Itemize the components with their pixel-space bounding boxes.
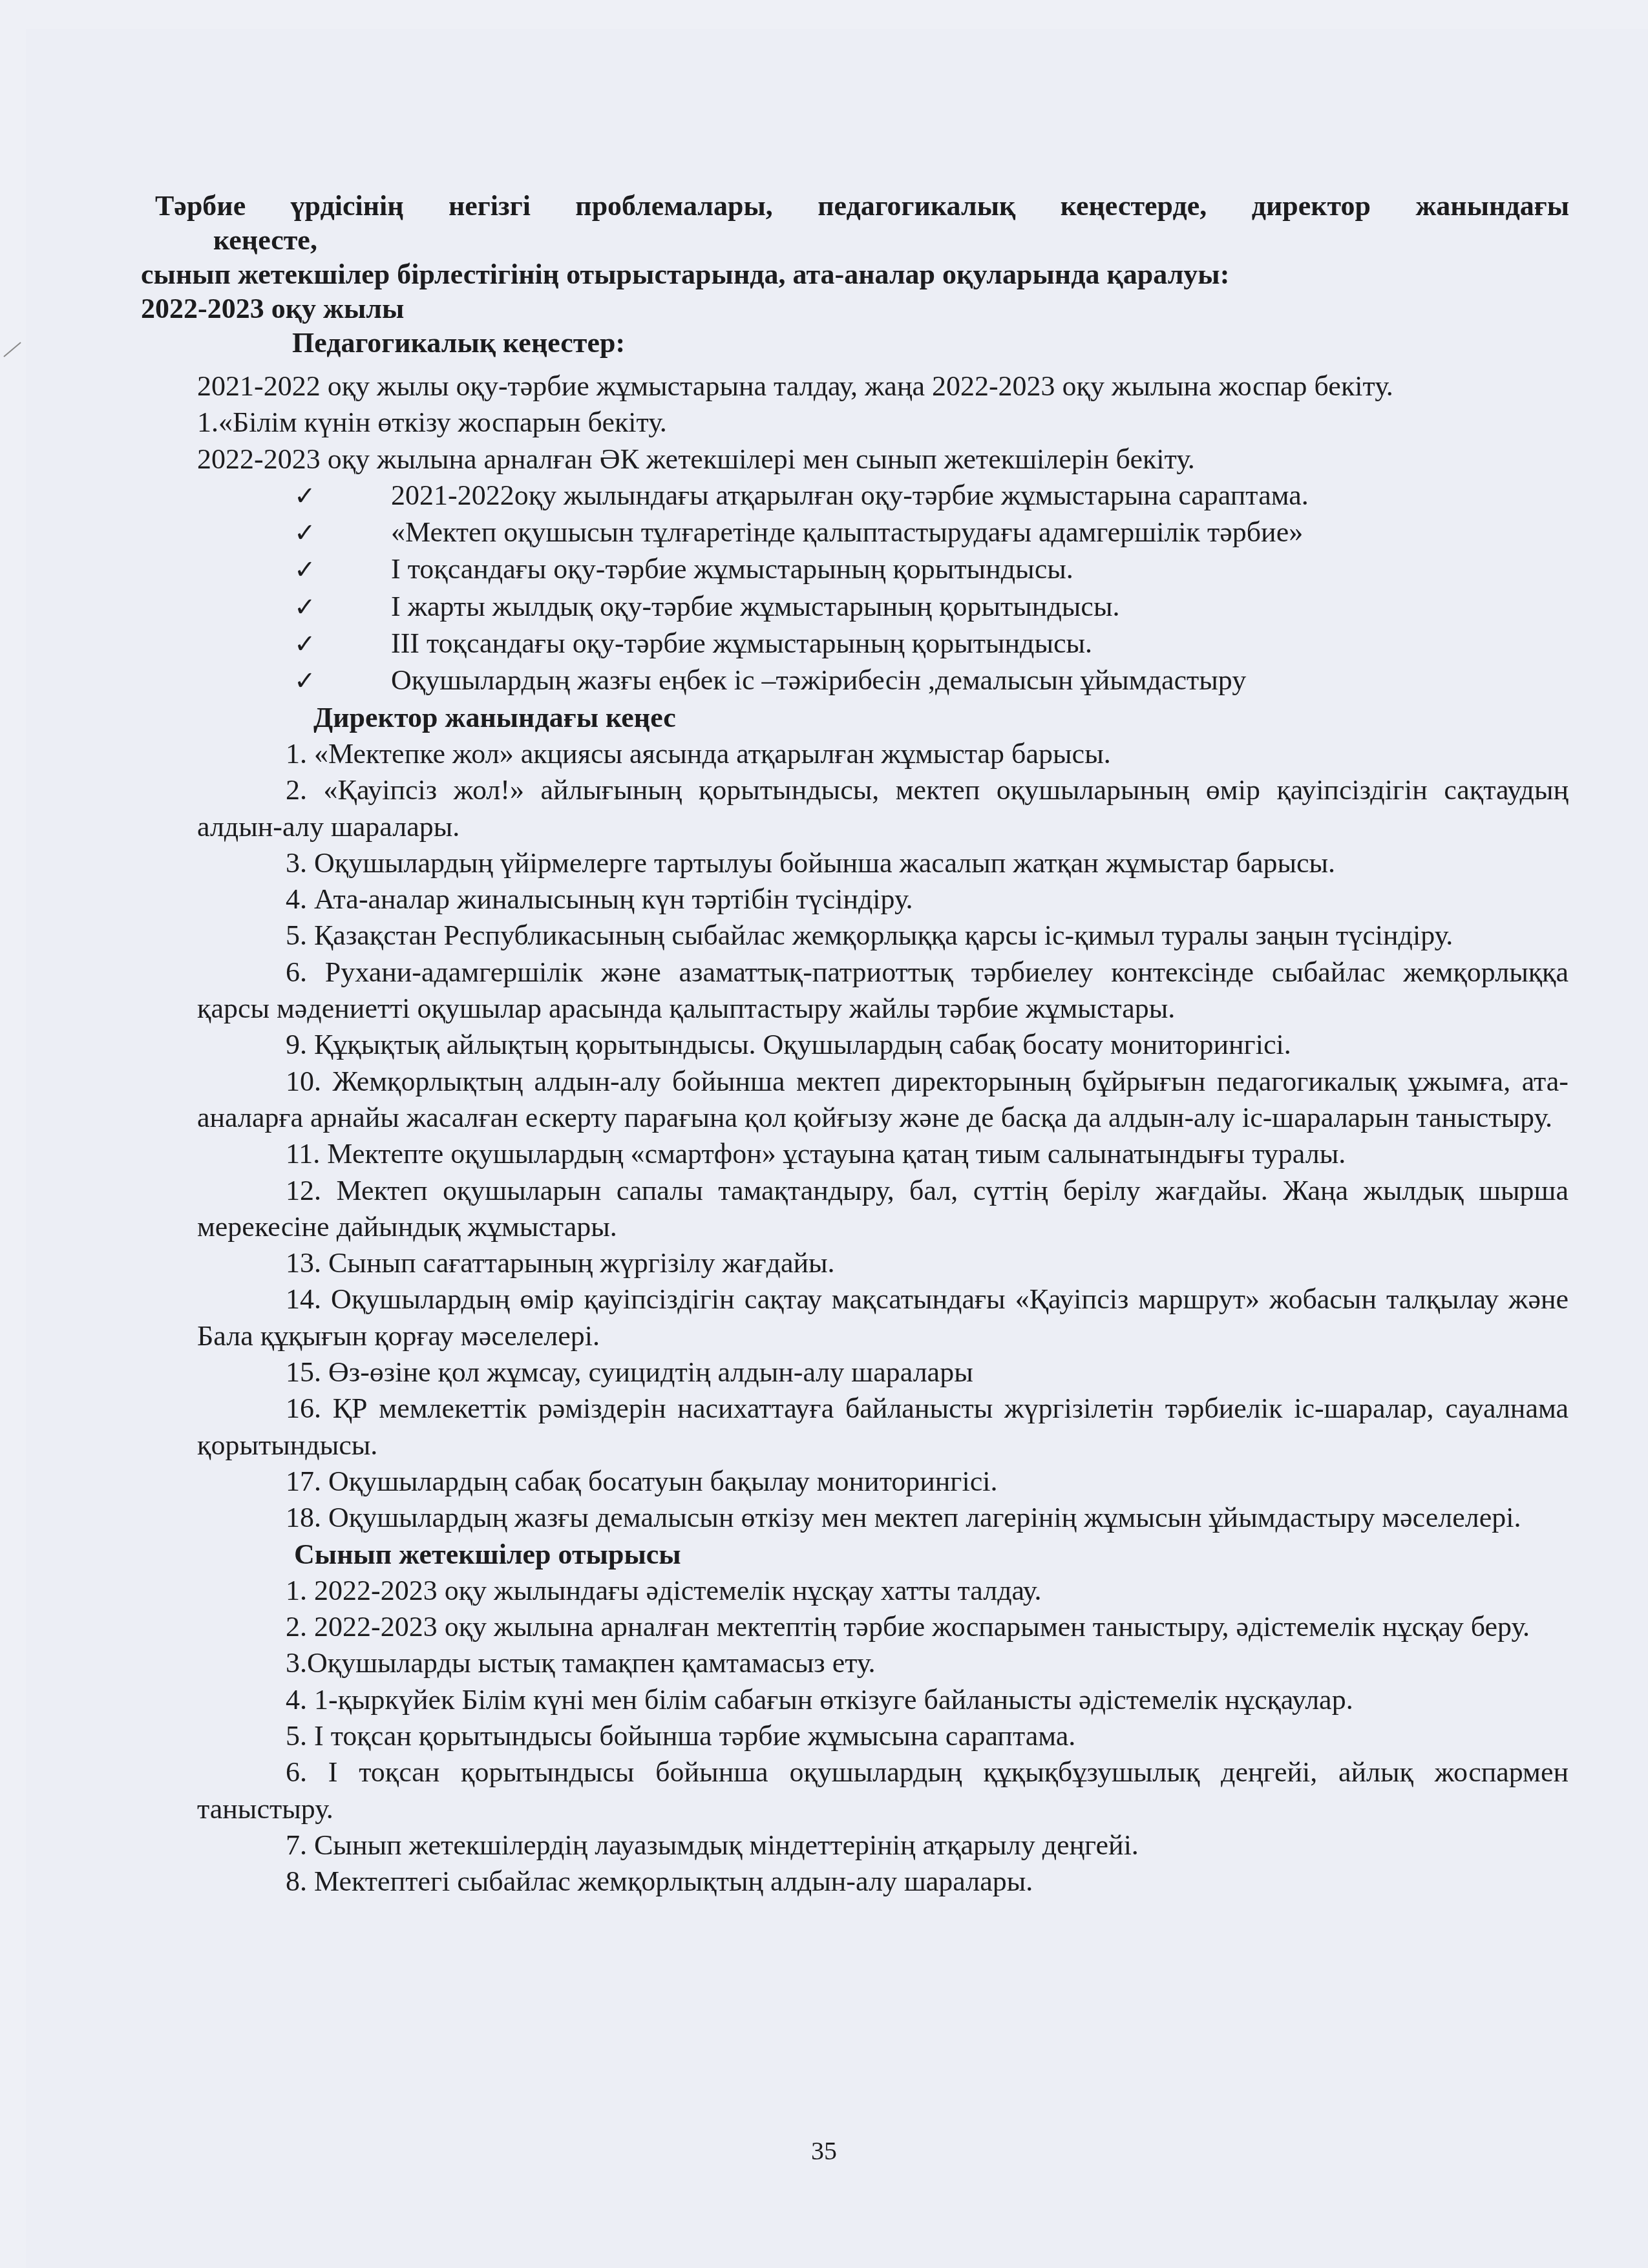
list-item: 1. 2022-2023 оқу жылындағы әдістемелік н… (197, 1573, 1569, 1609)
list-item: 5. І тоқсан қорытындысы бойынша тәрбие ж… (197, 1718, 1569, 1754)
page-number: 35 (0, 2136, 1648, 2166)
list-item: 10. Жемқорлықтың алдын-алу бойынша мекте… (197, 1064, 1569, 1137)
checklist-item-text: «Мектеп оқушысын тұлғаретінде қалыптасты… (391, 514, 1303, 551)
title-line-2: сынып жетекшілер бірлестігінің отырыстар… (141, 257, 1569, 291)
list-item: 3. Оқушылардың үйірмелерге тартылуы бойы… (197, 845, 1569, 881)
section-heading-pedagogical-councils: Педагогикалық кеңестер: (141, 326, 1569, 360)
checkmark-icon: ✓ (294, 478, 391, 514)
paragraph: 2022-2023 оқу жылына арналған ӘК жетекші… (197, 441, 1569, 478)
checklist-item: ✓ Оқушылардың жазғы еңбек іс –тәжірибесі… (197, 662, 1569, 699)
list-item: 4. 1-қыркүйек Білім күні мен білім сабағ… (197, 1682, 1569, 1718)
list-item: 11. Мектепте оқушылардың «смартфон» ұста… (197, 1136, 1569, 1172)
checklist-item: ✓ «Мектеп оқушысын тұлғаретінде қалыптас… (197, 514, 1569, 551)
checklist: ✓ 2021-2022оқу жылындағы атқарылған оқу-… (197, 478, 1569, 700)
list-item: 12. Мектеп оқушыларын сапалы тамақтандыр… (197, 1173, 1569, 1246)
document-body: 2021-2022 оқу жылы оқу-тәрбие жұмыстарын… (197, 368, 1569, 1900)
checklist-item-text: І жарты жылдық оқу-тәрбие жұмыстарының қ… (391, 589, 1119, 625)
list-item: 9. Құқықтық айлықтың қорытындысы. Оқушыл… (197, 1027, 1569, 1063)
list-item: 6. І тоқсан қорытындысы бойынша оқушылар… (197, 1754, 1569, 1827)
document-title: Тәрбие үрдісінің негізгі проблемалары, п… (141, 189, 1569, 360)
list-item: 16. ҚР мемлекеттік рәміздерін насихаттау… (197, 1391, 1569, 1464)
title-line-1: Тәрбие үрдісінің негізгі проблемалары, п… (141, 189, 1569, 223)
checklist-item: ✓ І жарты жылдық оқу-тәрбие жұмыстарының… (197, 589, 1569, 625)
title-line-1-continuation: кеңесте, (141, 223, 1569, 257)
list-item: 6. Рухани-адамгершілік және азаматтық-па… (197, 954, 1569, 1027)
list-item: 13. Сынып сағаттарының жүргізілу жағдайы… (197, 1245, 1569, 1281)
section-heading-director-council: Директор жанындағы кеңес (197, 700, 1569, 736)
checklist-item-text: 2021-2022оқу жылындағы атқарылған оқу-тә… (391, 478, 1309, 514)
checklist-item: ✓ 2021-2022оқу жылындағы атқарылған оқу-… (197, 478, 1569, 514)
list-item: 2. «Қауіпсіз жол!» айлығының қорытындысы… (197, 772, 1569, 845)
checkmark-icon: ✓ (294, 552, 391, 588)
list-item: 2. 2022-2023 оқу жылына арналған мектепт… (197, 1609, 1569, 1645)
checklist-item: ✓ ІІІ тоқсандағы оқу-тәрбие жұмыстарының… (197, 625, 1569, 662)
list-item: 8. Мектептегі сыбайлас жемқорлықтың алды… (197, 1864, 1569, 1900)
checkmark-icon: ✓ (294, 515, 391, 551)
list-item: 15. Өз-өзіне қол жұмсау, суицидтің алдын… (197, 1354, 1569, 1391)
list-item: 7. Сынып жетекшілердің лауазымдық міндет… (197, 1827, 1569, 1864)
section-heading-class-teachers: Сынып жетекшілер отырысы (197, 1537, 1569, 1573)
checklist-item-text: ІІІ тоқсандағы оқу-тәрбие жұмыстарының қ… (391, 625, 1092, 662)
paragraph: 2021-2022 оқу жылы оқу-тәрбие жұмыстарын… (197, 368, 1569, 404)
paragraph: 1.«Білім күнін өткізу жоспарын бекіту. (197, 404, 1569, 441)
list-item: 1. «Мектепке жол» акциясы аясында атқары… (197, 736, 1569, 772)
list-item: 14. Оқушылардың өмір қауіпсіздігін сақта… (197, 1281, 1569, 1354)
class-teachers-section: Сынып жетекшілер отырысы 1. 2022-2023 оқ… (197, 1537, 1569, 1900)
director-council-section: Директор жанындағы кеңес 1. «Мектепке жо… (197, 700, 1569, 1537)
checkmark-icon: ✓ (294, 663, 391, 699)
checklist-item-text: Оқушылардың жазғы еңбек іс –тәжірибесін … (391, 662, 1246, 698)
checkmark-icon: ✓ (294, 589, 391, 625)
checkmark-icon: ✓ (294, 626, 391, 662)
checklist-item: ✓ І тоқсандағы оқу-тәрбие жұмыстарының қ… (197, 551, 1569, 588)
checklist-item-text: І тоқсандағы оқу-тәрбие жұмыстарының қор… (391, 551, 1073, 587)
scan-mark (3, 342, 21, 357)
list-item: 18. Оқушылардың жазғы демалысын өткізу м… (197, 1500, 1569, 1536)
list-item: 17. Оқушылардың сабақ босатуын бақылау м… (197, 1464, 1569, 1500)
list-item: 3.Оқушыларды ыстық тамақпен қамтамасыз е… (197, 1645, 1569, 1681)
list-item: 4. Ата-аналар жиналысының күн тәртібін т… (197, 881, 1569, 918)
academic-year: 2022-2023 оқу жылы (141, 291, 1569, 326)
pedagogical-councils-section: 2021-2022 оқу жылы оқу-тәрбие жұмыстарын… (197, 368, 1569, 700)
list-item: 5. Қазақстан Республикасының сыбайлас же… (197, 918, 1569, 954)
